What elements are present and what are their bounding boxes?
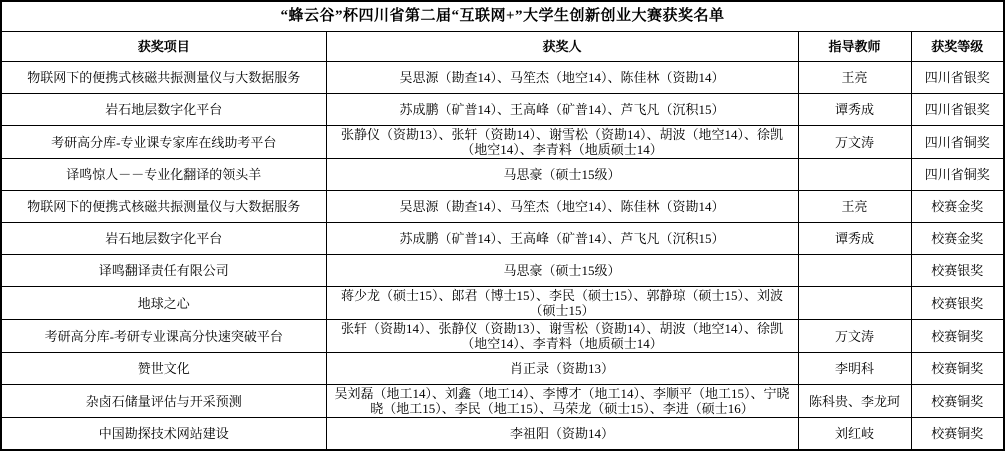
table-row: 译鸣翻译责任有限公司 马思豪（硕士15级） 校赛银奖: [1, 255, 1004, 287]
winners-cell: 张轩（资勘14）、张静仪（资勘13）、谢雪松（资勘14）、胡波（地空14）、徐凯…: [326, 320, 798, 353]
teacher-cell: 陈科贵、李龙珂: [798, 385, 911, 418]
winners-cell: 吴思源（勘查14）、马笙杰（地空14）、陈佳林（资勘14）: [326, 191, 798, 223]
table-row: 岩石地层数字化平台 苏成鹏（矿普14）、王高峰（矿普14）、芦飞凡（沉积15） …: [1, 223, 1004, 255]
project-cell: 地球之心: [1, 287, 326, 320]
winners-cell: 蒋少龙（硕士15）、郎君（博士15）、李民（硕士15）、郭静琼（硕士15）、刘波…: [326, 287, 798, 320]
table-row: 考研高分库-专业课专家库在线助考平台 张静仪（资勘13）、张轩（资勘14）、谢雪…: [1, 126, 1004, 159]
table-row: 杂卤石储量评估与开采预测 吴刘磊（地工14）、刘鑫（地工14）、李博才（地工14…: [1, 385, 1004, 418]
winners-cell: 苏成鹏（矿普14）、王高峰（矿普14）、芦飞凡（沉积15）: [326, 94, 798, 126]
award-cell: 四川省铜奖: [911, 126, 1004, 159]
award-cell: 校赛银奖: [911, 255, 1004, 287]
col-header-project: 获奖项目: [1, 32, 326, 62]
table-row: 考研高分库-考研专业课高分快速突破平台 张轩（资勘14）、张静仪（资勘13）、谢…: [1, 320, 1004, 353]
teacher-cell: [798, 255, 911, 287]
table-row: 物联网下的便携式核磁共振测量仪与大数据服务 吴思源（勘查14）、马笙杰（地空14…: [1, 62, 1004, 94]
award-cell: 校赛银奖: [911, 287, 1004, 320]
table-row: 地球之心 蒋少龙（硕士15）、郎君（博士15）、李民（硕士15）、郭静琼（硕士1…: [1, 287, 1004, 320]
teacher-cell: [798, 287, 911, 320]
title-row: “蜂云谷”杯四川省第二届“互联网+”大学生创新创业大赛获奖名单: [1, 1, 1004, 32]
teacher-cell: 谭秀成: [798, 223, 911, 255]
col-header-teacher: 指导教师: [798, 32, 911, 62]
project-cell: 岩石地层数字化平台: [1, 94, 326, 126]
col-header-award: 获奖等级: [911, 32, 1004, 62]
project-cell: 赞世文化: [1, 353, 326, 385]
project-cell: 中国勘探技术网站建设: [1, 418, 326, 451]
award-cell: 校赛金奖: [911, 223, 1004, 255]
winners-cell: 马思豪（硕士15级）: [326, 255, 798, 287]
project-cell: 物联网下的便携式核磁共振测量仪与大数据服务: [1, 191, 326, 223]
award-cell: 校赛铜奖: [911, 385, 1004, 418]
winners-cell: 苏成鹏（矿普14）、王高峰（矿普14）、芦飞凡（沉积15）: [326, 223, 798, 255]
teacher-cell: 万文涛: [798, 126, 911, 159]
table-row: 中国勘探技术网站建设 李祖阳（资勘14） 刘红岐 校赛铜奖: [1, 418, 1004, 451]
teacher-cell: [798, 159, 911, 191]
table-row: 赞世文化 肖正录（资勘13） 李明科 校赛铜奖: [1, 353, 1004, 385]
table-row: 译鸣惊人－－专业化翻译的领头羊 马思豪（硕士15级） 四川省铜奖: [1, 159, 1004, 191]
project-cell: 杂卤石储量评估与开采预测: [1, 385, 326, 418]
project-cell: 考研高分库-考研专业课高分快速突破平台: [1, 320, 326, 353]
project-cell: 考研高分库-专业课专家库在线助考平台: [1, 126, 326, 159]
winners-cell: 吴刘磊（地工14）、刘鑫（地工14）、李博才（地工14）、李顺平（地工15）、宁…: [326, 385, 798, 418]
project-cell: 岩石地层数字化平台: [1, 223, 326, 255]
award-cell: 校赛金奖: [911, 191, 1004, 223]
col-header-winners: 获奖人: [326, 32, 798, 62]
table-row: 岩石地层数字化平台 苏成鹏（矿普14）、王高峰（矿普14）、芦飞凡（沉积15） …: [1, 94, 1004, 126]
award-cell: 校赛铜奖: [911, 353, 1004, 385]
award-cell: 四川省铜奖: [911, 159, 1004, 191]
project-cell: 译鸣翻译责任有限公司: [1, 255, 326, 287]
table-row: 物联网下的便携式核磁共振测量仪与大数据服务 吴思源（勘查14）、马笙杰（地空14…: [1, 191, 1004, 223]
winners-cell: 吴思源（勘查14）、马笙杰（地空14）、陈佳林（资勘14）: [326, 62, 798, 94]
teacher-cell: 王亮: [798, 62, 911, 94]
winners-cell: 张静仪（资勘13）、张轩（资勘14）、谢雪松（资勘14）、胡波（地空14）、徐凯…: [326, 126, 798, 159]
teacher-cell: 谭秀成: [798, 94, 911, 126]
project-cell: 译鸣惊人－－专业化翻译的领头羊: [1, 159, 326, 191]
teacher-cell: 刘红岐: [798, 418, 911, 451]
award-cell: 校赛铜奖: [911, 320, 1004, 353]
awards-table: “蜂云谷”杯四川省第二届“互联网+”大学生创新创业大赛获奖名单 获奖项目 获奖人…: [0, 0, 1005, 451]
award-cell: 校赛铜奖: [911, 418, 1004, 451]
award-cell: 四川省银奖: [911, 94, 1004, 126]
teacher-cell: 王亮: [798, 191, 911, 223]
project-cell: 物联网下的便携式核磁共振测量仪与大数据服务: [1, 62, 326, 94]
page-title: “蜂云谷”杯四川省第二届“互联网+”大学生创新创业大赛获奖名单: [1, 1, 1004, 32]
winners-cell: 马思豪（硕士15级）: [326, 159, 798, 191]
teacher-cell: 万文涛: [798, 320, 911, 353]
header-row: 获奖项目 获奖人 指导教师 获奖等级: [1, 32, 1004, 62]
winners-cell: 李祖阳（资勘14）: [326, 418, 798, 451]
teacher-cell: 李明科: [798, 353, 911, 385]
winners-cell: 肖正录（资勘13）: [326, 353, 798, 385]
award-cell: 四川省银奖: [911, 62, 1004, 94]
